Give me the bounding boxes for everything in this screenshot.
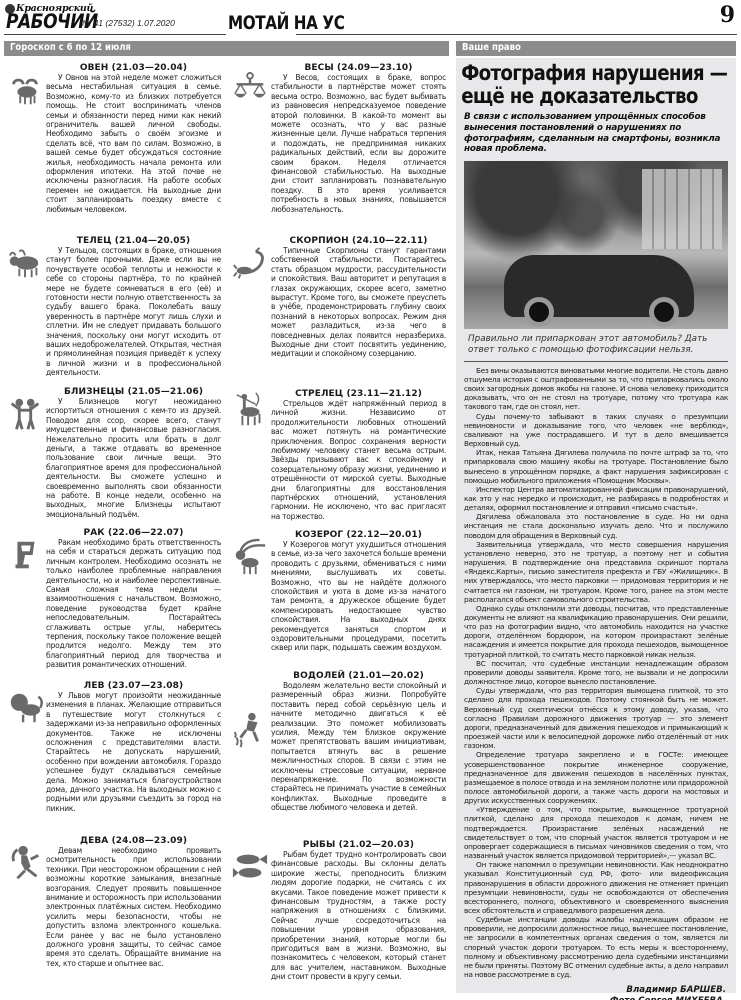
article-paragraph: Заявительница утверждала, что место сове… <box>464 540 728 604</box>
sign-cancer: РАК (22.06—22.07) Ракам необходимо брать… <box>0 528 225 678</box>
sign-title: ТЕЛЕЦ (21.04—20.05) <box>46 236 221 246</box>
law-article: Фотография нарушения — ещё не доказатель… <box>456 58 736 993</box>
sign-taurus: ТЕЛЕЦ (21.04—20.05) У Тельцов, состоящих… <box>0 236 225 384</box>
divider <box>4 34 226 35</box>
sign-text: У Тельцов, состоящих в браке, отношения … <box>46 246 221 378</box>
sign-title: ОВЕН (21.03—20.04) <box>46 63 221 73</box>
article-body: Без вины оказываются виноватыми многие в… <box>456 366 736 979</box>
sign-title: РАК (22.06—22.07) <box>46 528 221 538</box>
sign-aquarius: ВОДОЛЕЙ (21.01—20.02) Водолеям желательн… <box>225 671 450 837</box>
article-paragraph: Итак, некая Татьяна Дягилева получила по… <box>464 448 728 485</box>
byline-photo: Фото Сергея МИХЕЕВА. <box>464 996 726 1000</box>
capricorn-icon <box>231 538 269 576</box>
article-paragraph: Суды утверждали, что раз территория вымо… <box>464 686 728 750</box>
parked-car-photo <box>464 161 728 329</box>
sign-title: СКОРПИОН (24.10—22.11) <box>271 236 446 246</box>
sign-pisces: РЫБЫ (21.02—20.03) Рыбам будет трудно ко… <box>225 840 450 980</box>
article-paragraph: Дягилева обжаловала это постановление в … <box>464 512 728 539</box>
scorpio-icon <box>231 244 269 282</box>
article-paragraph: Без вины оказываются виноватыми многие в… <box>464 366 728 412</box>
horoscope-column-left: ОВЕН (21.03—20.04) У Овнов на этой недел… <box>0 60 225 986</box>
article-headline: Фотография нарушения — ещё не доказатель… <box>456 58 736 108</box>
cancer-icon <box>6 536 44 574</box>
sign-text: Стрельцов ждёт напряжённый период в личн… <box>271 399 446 521</box>
sign-scorpio: СКОРПИОН (24.10—22.11) Типичные Скорпион… <box>225 236 450 386</box>
sign-title: КОЗЕРОГ (22.12—20.01) <box>271 530 446 540</box>
photo-caption: Правильно ли припаркован этот автомобиль… <box>456 329 736 356</box>
sign-text: У Львов могут произойти неожиданные изме… <box>46 691 221 813</box>
article-paragraph: Определение тротуара закреплено и в ГОСТ… <box>464 750 728 805</box>
pisces-icon <box>231 848 269 886</box>
byline-author: Владимир БАРШЕВ. <box>464 985 726 996</box>
article-lead: В связи с использованием упрощённых спос… <box>456 108 736 155</box>
divider <box>296 34 737 35</box>
sign-gemini: БЛИЗНЕЦЫ (21.05—21.06) У Близнецов могут… <box>0 387 225 525</box>
sign-title: РЫБЫ (21.02—20.03) <box>271 840 446 850</box>
article-paragraph: Суды почему-то забывают в таких случаях … <box>464 412 728 449</box>
horoscope-column-right: ВЕСЫ (24.09—23.10) У Весов, состоящих в … <box>225 60 450 980</box>
masthead: Красноярский РАБОЧИЙ № 41 (27532) 1.07.2… <box>0 0 741 36</box>
article-paragraph: «Утверждение о том, что покрытие, вымоще… <box>464 805 728 860</box>
sign-text: Типичные Скорпионы станут гарантами собс… <box>271 246 446 359</box>
sign-aries: ОВЕН (21.03—20.04) У Овнов на этой недел… <box>0 63 225 233</box>
aries-icon <box>6 71 44 109</box>
article-paragraph: Однако суды отклонили эти доводы, посчит… <box>464 604 728 659</box>
law-section-header: Ваше право <box>456 41 736 56</box>
sign-virgo: ДЕВА (24.08—23.09) Девам необходимо проя… <box>0 836 225 986</box>
divider <box>464 361 728 362</box>
aquarius-icon <box>231 711 269 749</box>
page-number: 9 <box>720 2 735 28</box>
photo-wheel <box>649 297 679 327</box>
leo-icon <box>6 689 44 727</box>
sign-text: Девам необходимо проявить осмотрительнос… <box>46 846 221 968</box>
sign-title: ВОДОЛЕЙ (21.01—20.02) <box>271 671 446 681</box>
issue-info: № 41 (27532) 1.07.2020 <box>82 18 175 28</box>
sign-sagittarius: СТРЕЛЕЦ (23.11—21.12) Стрельцов ждёт нап… <box>225 389 450 527</box>
section-title: МОТАЙ НА УС <box>228 12 344 34</box>
sign-text: У Овнов на этой неделе может сложиться в… <box>46 73 221 214</box>
sign-title: ВЕСЫ (24.09—23.10) <box>271 63 446 73</box>
photo-building <box>642 169 722 249</box>
newspaper-logo: Красноярский РАБОЧИЙ <box>4 3 76 33</box>
sign-text: Рыбам будет трудно контролировать свои ф… <box>271 850 446 982</box>
sign-title: СТРЕЛЕЦ (23.11—21.12) <box>271 389 446 399</box>
article-paragraph: ВС посчитал, что судебные инстанции нена… <box>464 659 728 686</box>
sign-text: У Весов, состоящих в браке, вопрос стаби… <box>271 73 446 214</box>
article-paragraph: Инспектор Центра автоматизированной фикс… <box>464 485 728 512</box>
sign-leo: ЛЕВ (23.07—23.08) У Львов могут произойт… <box>0 681 225 833</box>
sign-text: У Козерогов могут ухудшиться отношения в… <box>271 540 446 653</box>
byline: Владимир БАРШЕВ. Фото Сергея МИХЕЕВА. <box>456 979 736 1000</box>
sign-text: Ракам необходимо брать ответственность н… <box>46 538 221 670</box>
sagittarius-icon <box>231 391 269 429</box>
sign-text: Водолеям желательно вести спокойный и ра… <box>271 681 446 813</box>
sign-capricorn: КОЗЕРОГ (22.12—20.01) У Козерогов могут … <box>225 530 450 668</box>
photo-wheel <box>524 297 554 327</box>
libra-icon <box>231 71 269 109</box>
article-paragraph: Судебные инстанции доводы жалобы надлежа… <box>464 915 728 979</box>
sign-title: ЛЕВ (23.07—23.08) <box>46 681 221 691</box>
sign-text: У Близнецов могут неожиданно испортиться… <box>46 397 221 519</box>
gemini-icon <box>6 395 44 433</box>
horoscope-header: Гороскоп с 6 по 12 июля <box>4 41 449 56</box>
sign-title: ДЕВА (24.08—23.09) <box>46 836 221 846</box>
taurus-icon <box>6 244 44 282</box>
sign-libra: ВЕСЫ (24.09—23.10) У Весов, состоящих в … <box>225 63 450 233</box>
article-paragraph: Он также напомнил о презумпции невиновно… <box>464 860 728 915</box>
virgo-icon <box>6 844 44 882</box>
sign-title: БЛИЗНЕЦЫ (21.05—21.06) <box>46 387 221 397</box>
